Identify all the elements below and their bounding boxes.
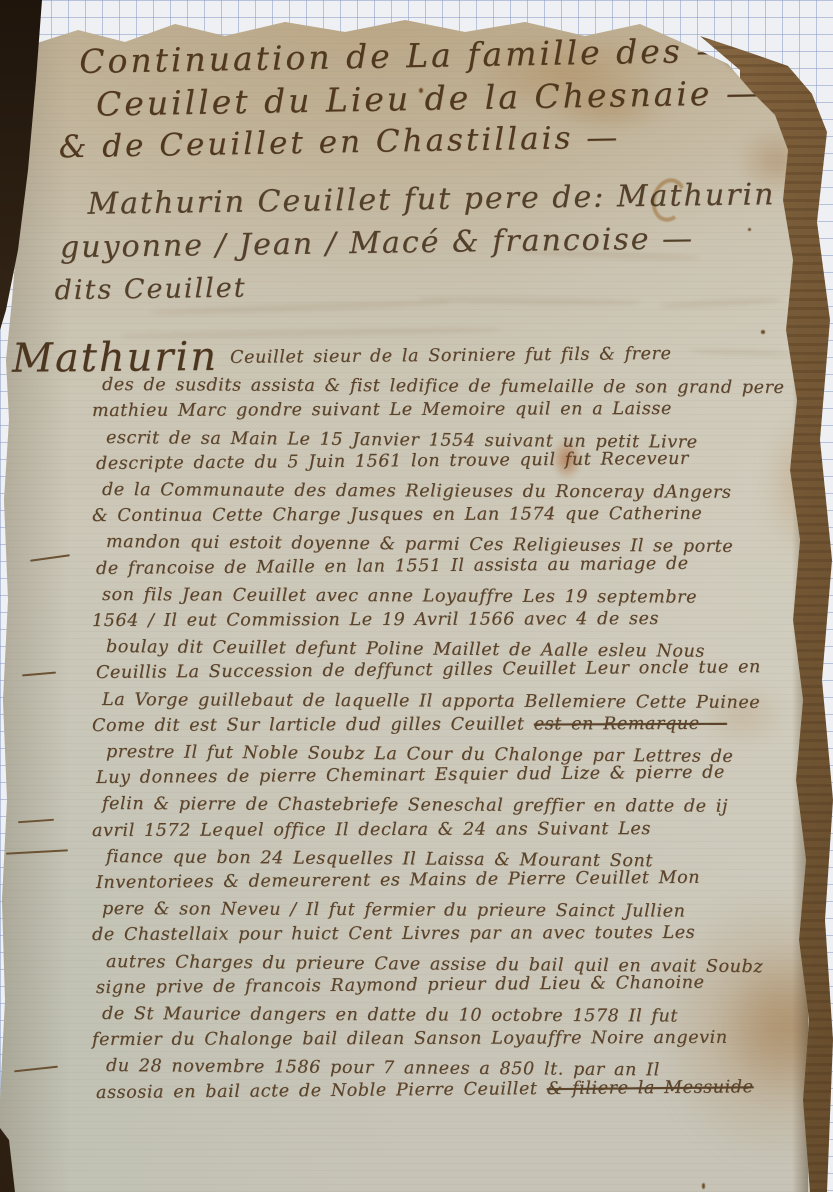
- margin-ink-dash: [22, 672, 56, 677]
- body-line: Ceuillis La Succession de deffunct gille…: [96, 654, 816, 686]
- manuscript-page: Continuation de La famille des —Ceuillet…: [0, 0, 833, 1192]
- body-line: Come dit est Sur larticle dud gilles Ceu…: [92, 710, 816, 739]
- heading-block: Continuation de La famille des —Ceuillet…: [79, 28, 763, 169]
- body-line: avril 1572 Lequel office Il declara & 24…: [92, 815, 816, 844]
- body-line: assosia en bail acte de Noble Pierre Ceu…: [96, 1073, 816, 1105]
- body-line: 1564 / Il eut Commission Le 19 Avril 156…: [92, 606, 816, 635]
- body-line: fermier du Chalonge bail dilean Sanson L…: [92, 1025, 816, 1054]
- struck-out-text: est en Remarque —: [534, 714, 727, 735]
- body-line: Luy donnees de pierre Cheminart Esquier …: [96, 759, 816, 791]
- body-line: signe prive de francois Raymond prieur d…: [96, 969, 816, 1001]
- margin-ink-dash: [18, 819, 54, 824]
- body-line-text: Ceuillet sieur de la Soriniere fut fils …: [230, 344, 672, 368]
- body-line: descripte dacte du 5 Juin 1561 lon trouv…: [96, 445, 816, 477]
- body-line: de francoise de Maille en lan 1551 Il as…: [96, 549, 816, 581]
- photograph-of-manuscript: Continuation de La famille des —Ceuillet…: [0, 0, 833, 1192]
- body-line: mathieu Marc gondre suivant Le Memoire q…: [92, 396, 816, 425]
- intro-block: Mathurin Ceuillet fut pere de: Mathuring…: [87, 173, 777, 312]
- body-paragraph: MathurinCeuillet sieur de la Soriniere f…: [96, 345, 816, 1106]
- body-line: Inventoriees & demeurerent es Mains de P…: [96, 864, 816, 896]
- body-first-line: MathurinCeuillet sieur de la Soriniere f…: [96, 339, 816, 372]
- margin-ink-dash: [14, 1066, 58, 1073]
- body-line: & Continua Cette Charge Jusques en Lan 1…: [92, 501, 816, 530]
- body-line-text: Come dit est Sur larticle dud gilles Ceu…: [92, 714, 534, 736]
- ink-speck: [702, 1183, 705, 1189]
- initial-word: Mathurin: [12, 344, 218, 372]
- margin-ink-dash: [6, 849, 68, 854]
- margin-ink-dash: [30, 554, 70, 562]
- ink-speck: [761, 330, 765, 334]
- body-line-text: assosia en bail acte de Noble Pierre Ceu…: [96, 1079, 547, 1103]
- body-line: de Chastellaix pour huict Cent Livres pa…: [92, 920, 816, 949]
- struck-out-text: & filiere la Messuide: [547, 1077, 754, 1099]
